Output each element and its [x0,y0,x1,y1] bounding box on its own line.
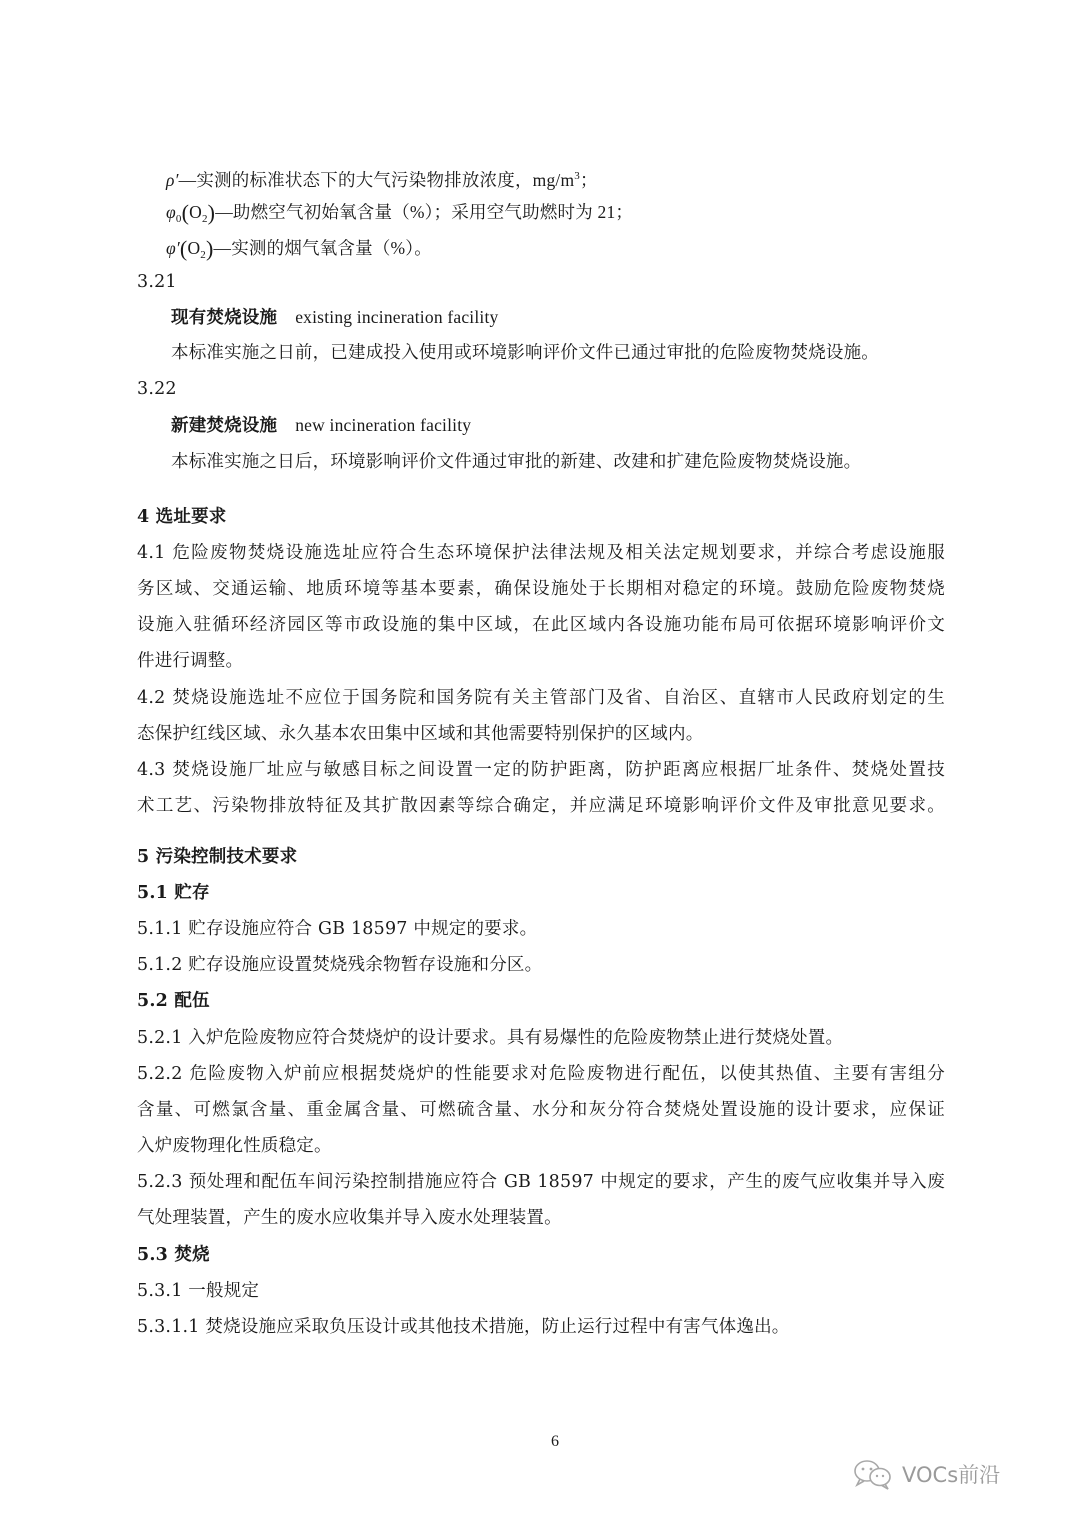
term-number-3-22: 3.22 [137,377,177,401]
definition-rho-prime: ρ′—实测的标准状态下的大气污染物排放浓度，mg/m3； [166,164,598,192]
paragraph-5-1-1: 5.1.1 贮存设施应符合 GB 18597 中规定的要求。 [137,917,537,941]
paragraph-4-1-line-2: 务区域、交通运输、地质环境等基本要素，确保设施处于长期相对稳定的环境。鼓励危险废… [137,577,945,601]
symbol-phi-prime: φ′ [166,238,180,258]
paragraph-5-2-1: 5.2.1 入炉危险废物应符合焚烧炉的设计要求。具有易爆性的危险废物禁止进行焚烧… [137,1026,843,1050]
symbol-rho-prime: ρ′ [166,170,179,190]
term-en: new incineration facility [295,415,471,435]
section-5-3-1-heading: 5.3.1 一般规定 [137,1279,259,1303]
paragraph-5-2-3-line-1: 5.2.3 预处理和配伍车间污染控制措施应符合 GB 18597 中规定的要求，… [137,1170,945,1194]
paragraph-5-2-2-line-1: 5.2.2 危险废物入炉前应根据焚烧炉的性能要求对危险废物进行配伍，以使其热值、… [137,1062,945,1086]
definition-phi-prime: φ′(O2)—实测的烟气氧含量（%）。 [166,236,432,267]
term-heading-3-22: 新建焚烧设施new incineration facility [171,413,471,438]
paragraph-5-2-3-line-2: 气处理装置，产生的废水应收集并导入废水处理装置。 [137,1206,562,1230]
definition-tail: ； [580,170,598,190]
document-page: ρ′—实测的标准状态下的大气污染物排放浓度，mg/m3； φ0(O2)—助燃空气… [0,0,1080,1526]
paragraph-5-2-2-line-2: 含量、可燃氯含量、重金属含量、可燃硫含量、水分和灰分符合焚烧处置设施的设计要求，… [137,1098,945,1122]
wechat-icon [852,1458,896,1490]
definition-phi0: φ0(O2)—助燃空气初始氧含量（%）；采用空气助燃时为 21； [166,200,633,231]
species: O [189,202,202,222]
term-heading-3-21: 现有焚烧设施existing incineration facility [171,305,499,330]
symbol-phi: φ [166,202,176,222]
term-zh: 现有焚烧设施 [171,308,277,328]
species: O [187,238,200,258]
paragraph-4-3-line-1: 4.3 焚烧设施厂址应与敏感目标之间设置一定的防护距离，防护距离应根据厂址条件、… [137,758,945,782]
paragraph-4-1-line-3: 设施入驻循环经济园区等市政设施的集中区域，在此区域内各设施功能布局可依据环境影响… [137,613,945,637]
paragraph-4-1-line-1: 4.1 危险废物焚烧设施选址应符合生态环境保护法律法规及相关法定规划要求，并综合… [137,541,945,565]
paragraph-5-1-2: 5.1.2 贮存设施应设置焚烧残余物暂存设施和分区。 [137,953,542,977]
section-5-3-heading: 5.3 焚烧 [137,1243,210,1267]
term-zh: 新建焚烧设施 [171,416,277,436]
paragraph-5-2-2-line-3: 入炉废物理化性质稳定。 [137,1134,332,1158]
section-5-1-heading: 5.1 贮存 [137,881,210,905]
term-definition-3-22: 本标准实施之日后，环境影响评价文件通过审批的新建、改建和扩建危险废物焚烧设施。 [171,450,861,474]
page-number: 6 [551,1433,559,1451]
paren-close: ) [206,236,214,261]
definition-text: —实测的标准状态下的大气污染物排放浓度，mg/m [179,170,575,190]
term-number-3-21: 3.21 [137,270,177,294]
paragraph-5-3-1-1: 5.3.1.1 焚烧设施应采取负压设计或其他技术措施，防止运行过程中有害气体逸出… [137,1315,790,1339]
section-4-heading: 4 选址要求 [137,505,226,529]
paragraph-4-3-line-2: 术工艺、污染物排放特征及其扩散因素等综合确定，并应满足环境影响评价文件及审批意见… [137,794,945,818]
watermark-text: VOCs前沿 [902,1459,1000,1489]
paren-open: ( [182,200,190,225]
watermark: VOCs前沿 [852,1458,1000,1490]
term-definition-3-21: 本标准实施之日前，已建成投入使用或环境影响评价文件已通过审批的危险废物焚烧设施。 [171,341,879,365]
paragraph-4-2-line-1: 4.2 焚烧设施选址不应位于国务院和国务院有关主管部门及省、自治区、直辖市人民政… [137,686,945,710]
definition-text: —实测的烟气氧含量（%）。 [214,238,432,258]
paragraph-4-1-line-4: 件进行调整。 [137,649,243,673]
section-5-heading: 5 污染控制技术要求 [137,845,297,869]
section-5-2-heading: 5.2 配伍 [137,989,210,1013]
paragraph-4-2-line-2: 态保护红线区域、永久基本农田集中区域和其他需要特别保护的区域内。 [137,722,703,746]
term-en: existing incineration facility [295,307,498,327]
definition-text: —助燃空气初始氧含量（%）；采用空气助燃时为 21； [215,202,633,222]
